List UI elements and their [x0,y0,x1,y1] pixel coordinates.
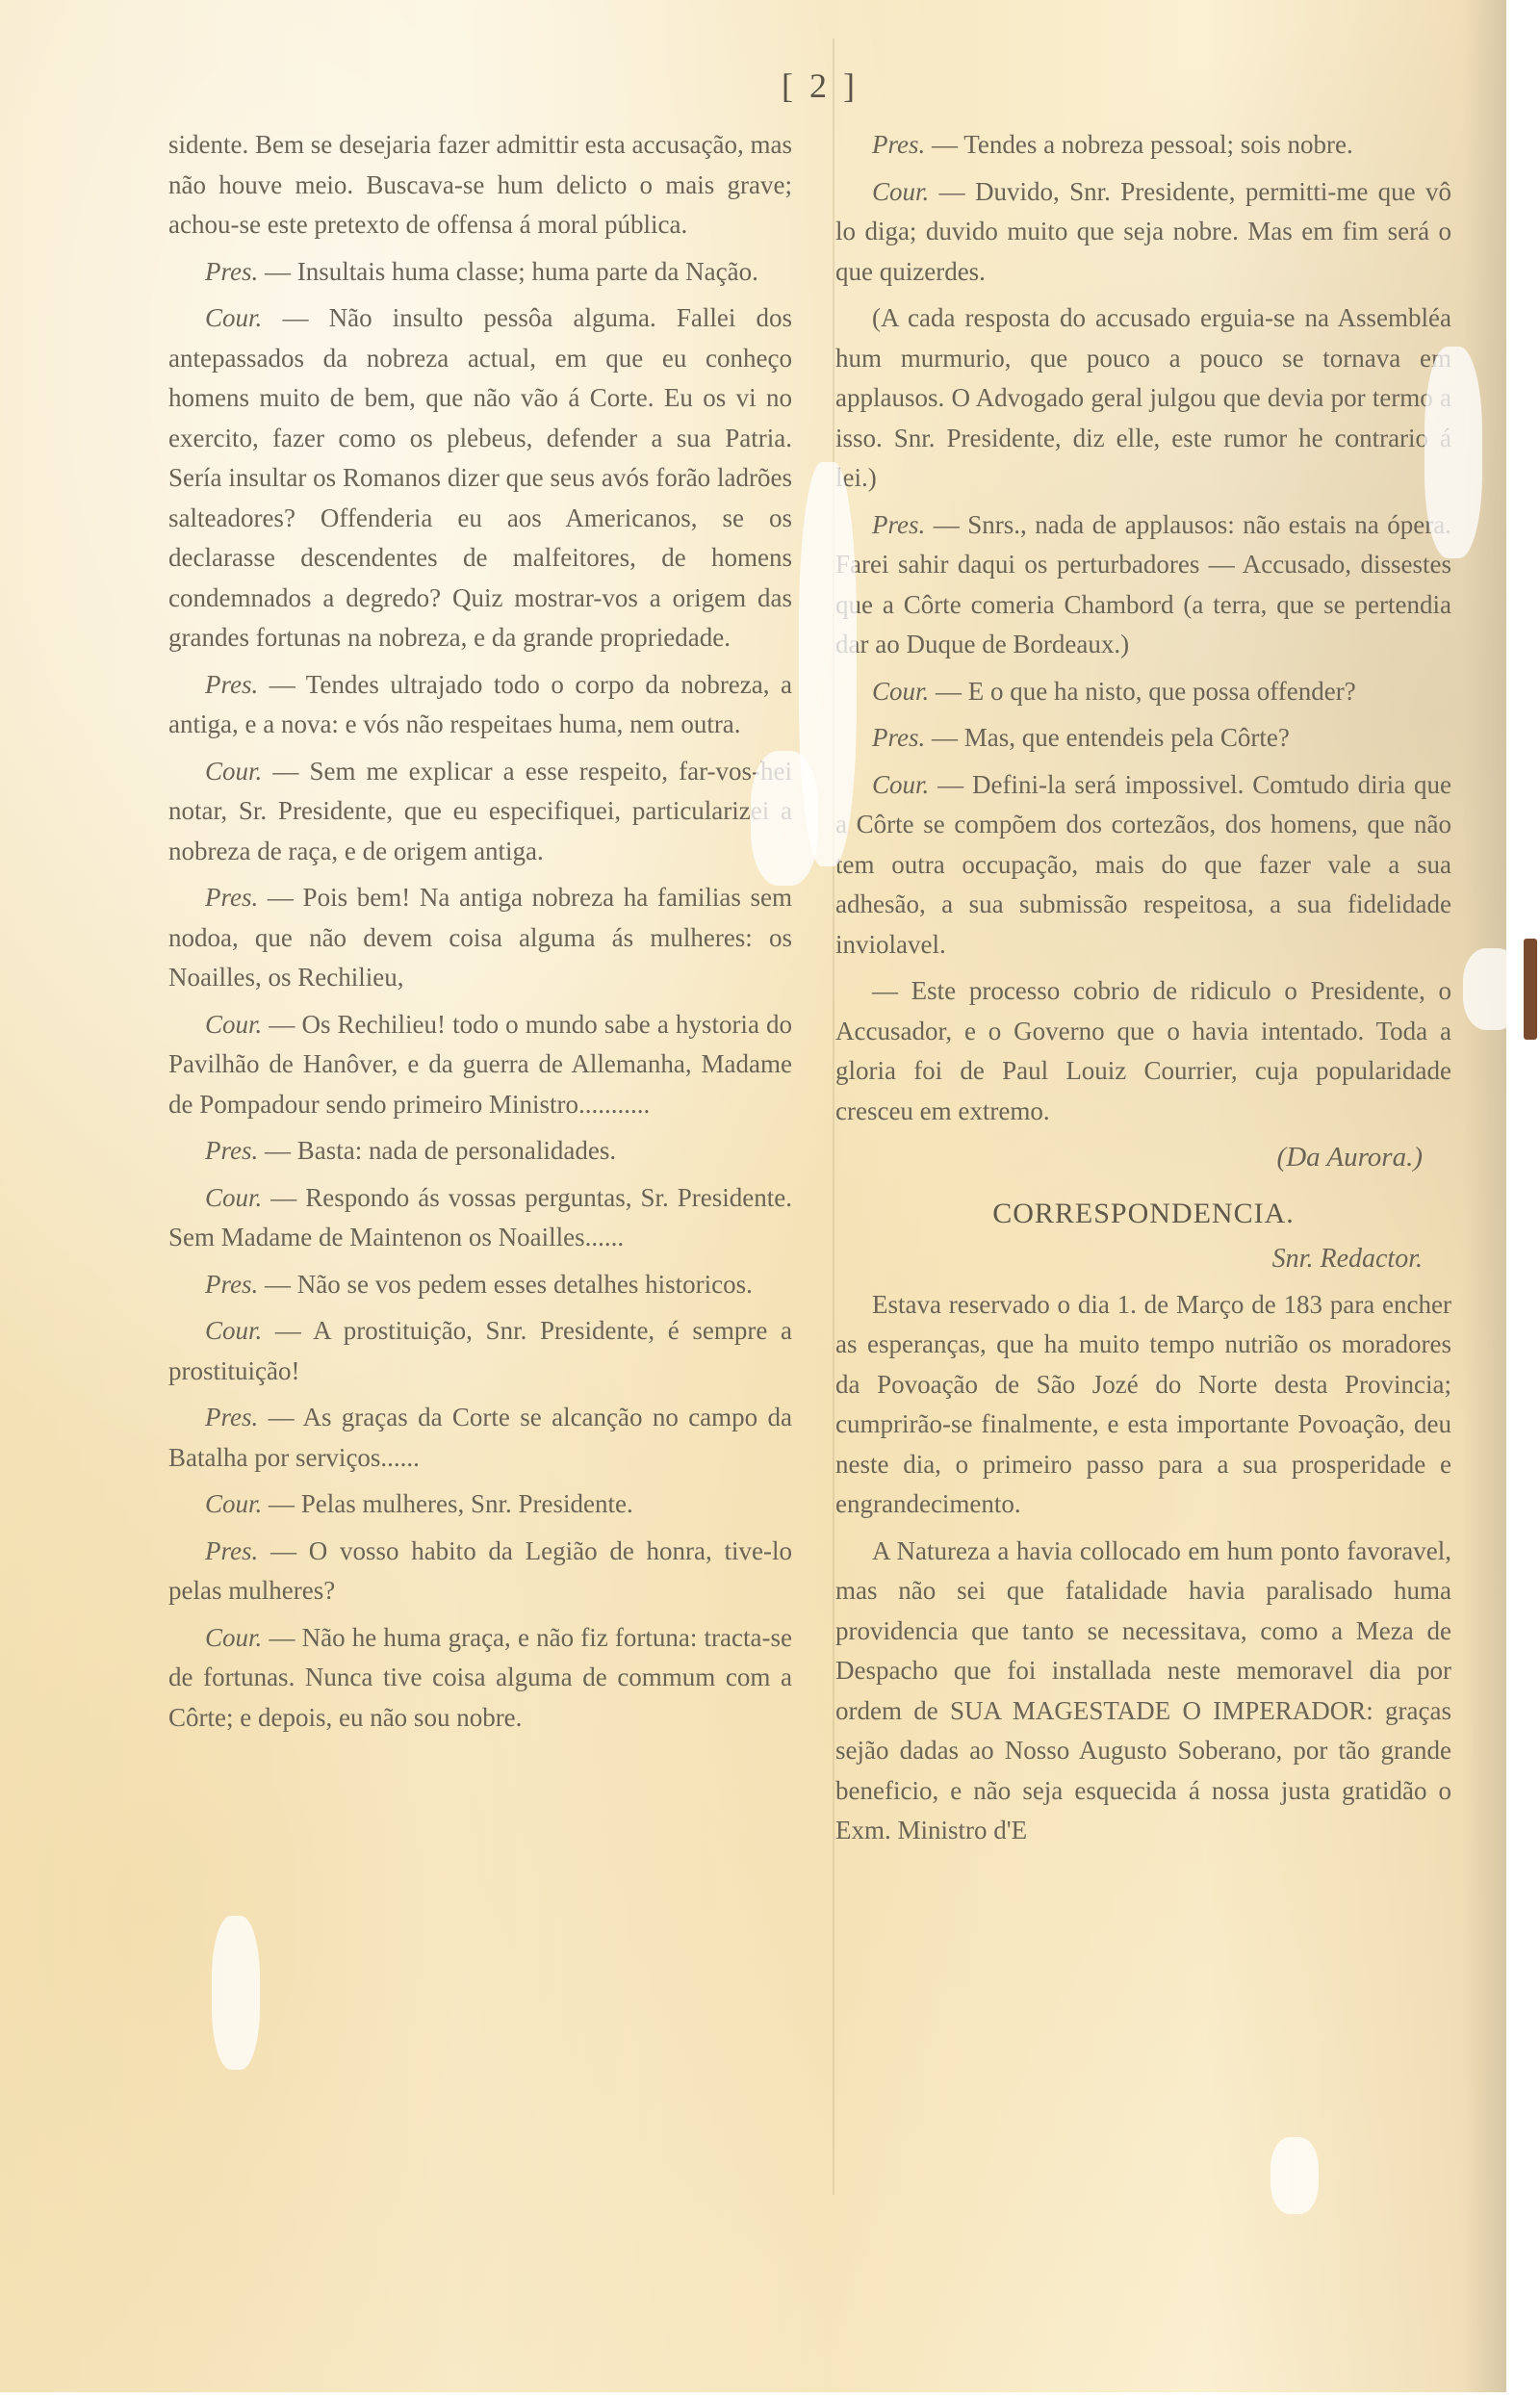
dialogue-line: Cour. — A prostituição, Snr. Presidente,… [168,1311,792,1391]
speaker-label: Pres. [872,510,925,539]
letter-salutation: Snr. Redactor. [835,1239,1423,1279]
speaker-label: Cour. [205,757,262,786]
dialogue-text: — Mas, que entendeis pela Côrte? [932,723,1290,752]
dialogue-line: Pres. — Snrs., nada de applausos: não es… [835,505,1451,665]
speaker-label: Pres. [205,1536,258,1565]
speaker-label: Pres. [205,1136,258,1165]
dialogue-text: — A prostituição, Snr. Presidente, é sem… [168,1316,792,1385]
closing-paragraph: — Este processo cobrio de ridiculo o Pre… [835,971,1451,1131]
dialogue-line: Pres. — Tendes ultrajado todo o corpo da… [168,665,792,745]
dialogue-line: Cour. — Defini-la será impossivel. Comtu… [835,765,1451,966]
left-column: sidente. Bem se desejaria fazer admittir… [168,125,792,1744]
speaker-label: Pres. [872,723,925,752]
dialogue-text: — Pois bem! Na antiga nobreza ha familia… [168,883,792,992]
speaker-label: Pres. [205,670,258,699]
dialogue-line: Cour. — Os Rechilieu! todo o mundo sabe … [168,1005,792,1125]
dialogue-text: — Respondo ás vossas perguntas, Sr. Pres… [168,1183,792,1252]
dialogue-line: Pres. — Não se vos pedem esses detalhes … [168,1265,792,1305]
paragraph-text: Estava reservado o dia 1. de Março de 18… [835,1290,1451,1519]
speaker-label: Cour. [872,770,929,799]
speaker-label: Cour. [205,1623,262,1652]
dialogue-text: — Basta: nada de personalidades. [265,1136,616,1165]
dialogue-line: Cour. — Não he huma graça, e não fiz for… [168,1618,792,1739]
speaker-label: Cour. [205,1316,262,1345]
paragraph: sidente. Bem se desejaria fazer admittir… [168,125,792,245]
dialogue-text: — Não he huma graça, e não fiz fortuna: … [168,1623,792,1732]
speaker-label: Cour. [205,303,262,332]
page-number: [ 2 ] [782,65,859,106]
newspaper-page: [ 2 ] sidente. Bem se desejaria fazer ad… [0,0,1506,2392]
dialogue-text: — Não insulto pessôa alguma. Fallei dos … [168,303,792,652]
paper-damage [1270,2137,1319,2214]
paper-damage [212,1916,260,2070]
speaker-label: Pres. [205,257,258,286]
dialogue-text: — Sem me explicar a esse respeito, far-v… [168,757,792,865]
right-column: Pres. — Tendes a nobreza pessoal; sois n… [835,125,1451,1858]
speaker-label: Cour. [205,1183,262,1212]
speaker-label: Pres. [205,1403,258,1431]
speaker-label: Cour. [205,1010,262,1039]
speaker-label: Cour. [205,1489,262,1518]
paragraph-text: A Natureza a havia collocado em hum pont… [835,1536,1451,1845]
dialogue-line: Pres. — Pois bem! Na antiga nobreza ha f… [168,878,792,998]
dialogue-text: — Pelas mulheres, Snr. Presidente. [269,1489,633,1518]
dialogue-line: Cour. — Sem me explicar a esse respeito,… [168,752,792,872]
letter-paragraph: A Natureza a havia collocado em hum pont… [835,1532,1451,1851]
dialogue-line: Pres. — O vosso habito da Legião de honr… [168,1532,792,1612]
source-attribution: (Da Aurora.) [835,1138,1423,1178]
dialogue-text: — Tendes ultrajado todo o corpo da nobre… [168,670,792,739]
dialogue-line: Pres. — Insultais huma classe; huma part… [168,252,792,293]
letter-paragraph: Estava reservado o dia 1. de Março de 18… [835,1285,1451,1525]
dialogue-text: — Snrs., nada de applausos: não estais n… [835,510,1451,659]
column-fold-line [833,39,834,2195]
speaker-label: Cour. [872,677,929,706]
dialogue-line: Cour. — Não insulto pessôa alguma. Falle… [168,298,792,658]
dialogue-line: Cour. — Pelas mulheres, Snr. Presidente. [168,1484,792,1525]
speaker-label: Pres. [205,1270,258,1299]
speaker-label: Pres. [872,130,925,159]
section-heading: CORRESPONDENCIA. [835,1194,1451,1234]
dialogue-line: Pres. — As graças da Corte se alcanção n… [168,1398,792,1478]
paragraph-text: — Este processo cobrio de ridiculo o Pre… [835,976,1451,1125]
dialogue-line: Pres. — Tendes a nobreza pessoal; sois n… [835,125,1451,166]
dialogue-line: Pres. — Basta: nada de personalidades. [168,1131,792,1172]
stage-direction: (A cada resposta do accusado erguia-se n… [835,298,1451,499]
speaker-label: Cour. [872,177,929,206]
dialogue-text: — Insultais huma classe; huma parte da N… [265,257,758,286]
dialogue-text: — Tendes a nobreza pessoal; sois nobre. [932,130,1353,159]
dialogue-text: — O vosso habito da Legião de honra, tiv… [168,1536,792,1606]
binding-tab [1524,939,1537,1040]
paragraph-text: sidente. Bem se desejaria fazer admittir… [168,130,792,239]
page-edge-shadow [1463,0,1506,2392]
dialogue-text: — Não se vos pedem esses detalhes histor… [265,1270,753,1299]
dialogue-line: Cour. — Respondo ás vossas perguntas, Sr… [168,1178,792,1258]
dialogue-text: — E o que ha nisto, que possa offender? [936,677,1356,706]
speaker-label: Pres. [205,883,258,912]
dialogue-line: Pres. — Mas, que entendeis pela Côrte? [835,718,1451,759]
dialogue-line: Cour. — Duvido, Snr. Presidente, permitt… [835,172,1451,293]
dialogue-line: Cour. — E o que ha nisto, que possa offe… [835,672,1451,712]
dialogue-text: — Os Rechilieu! todo o mundo sabe a hyst… [168,1010,792,1119]
stage-direction-text: (A cada resposta do accusado erguia-se n… [835,303,1451,492]
dialogue-text: — As graças da Corte se alcanção no camp… [168,1403,792,1472]
